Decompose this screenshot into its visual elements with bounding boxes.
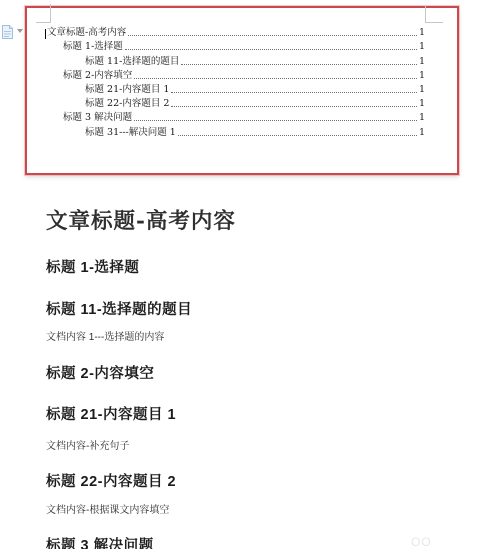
heading-1[interactable]: 标题 1-选择题 [46, 256, 139, 277]
heading-11[interactable]: 标题 11-选择题的题目 [46, 298, 192, 319]
toc-page-number: 1 [419, 97, 425, 110]
toc-page-number: 1 [419, 40, 425, 53]
toc-page-number: 1 [419, 126, 425, 139]
toc-entry[interactable]: 文章标题-高考内容 1 [25, 25, 459, 39]
margin-mark-top-right [425, 22, 443, 23]
toc-page-number: 1 [419, 83, 425, 96]
margin-mark-top-right [425, 5, 426, 23]
text-cursor [45, 29, 46, 39]
heading-3[interactable]: 标题 3 解决问题 [46, 534, 154, 549]
toc-page-number: 1 [419, 55, 425, 68]
toc-field-controls [1, 25, 25, 41]
heading-21[interactable]: 标题 21-内容题目 1 [46, 403, 176, 424]
margin-mark-top-left [36, 22, 51, 23]
toc-entry[interactable]: 标题 11-选择题的题目 1 [25, 53, 459, 67]
toc-dot-leader [178, 135, 417, 136]
toc-dot-leader [125, 49, 417, 50]
toc-dot-leader [181, 64, 417, 65]
toc-entry[interactable]: 标题 2-内容填空 1 [25, 68, 459, 82]
toc-entry[interactable]: 标题 1-选择题 1 [25, 39, 459, 53]
paragraph-11[interactable]: 文档内容 1---选择题的内容 [46, 328, 164, 343]
table-of-contents: 文章标题-高考内容 1 标题 1-选择题 1 标题 11-选择题的题目 1 标题… [25, 25, 459, 139]
watermark: OO [411, 535, 432, 549]
chevron-down-icon[interactable] [17, 29, 23, 33]
toc-page-number: 1 [419, 111, 425, 124]
toc-dot-leader [134, 78, 417, 79]
heading-22[interactable]: 标题 22-内容题目 2 [46, 470, 176, 491]
toc-page-number: 1 [419, 26, 425, 39]
toc-entry[interactable]: 标题 22-内容题目 2 1 [25, 96, 459, 110]
toc-dot-leader [171, 92, 417, 93]
toc-dot-leader [128, 35, 417, 36]
toc-entry[interactable]: 标题 3 解决问题 1 [25, 110, 459, 124]
toc-page-number: 1 [419, 69, 425, 82]
document-icon[interactable] [1, 25, 14, 39]
document-title[interactable]: 文章标题-高考内容 [46, 204, 236, 235]
heading-2[interactable]: 标题 2-内容填空 [46, 362, 154, 383]
paragraph-22[interactable]: 文档内容-根据课文内容填空 [46, 501, 169, 516]
toc-entry[interactable]: 标题 21-内容题目 1 1 [25, 82, 459, 96]
paragraph-21[interactable]: 文档内容-补充句子 [46, 437, 129, 452]
toc-entry[interactable]: 标题 31---解决问题 1 1 [25, 124, 459, 138]
toc-dot-leader [171, 106, 417, 107]
toc-dot-leader [134, 120, 417, 121]
margin-mark-top-left [50, 4, 51, 23]
